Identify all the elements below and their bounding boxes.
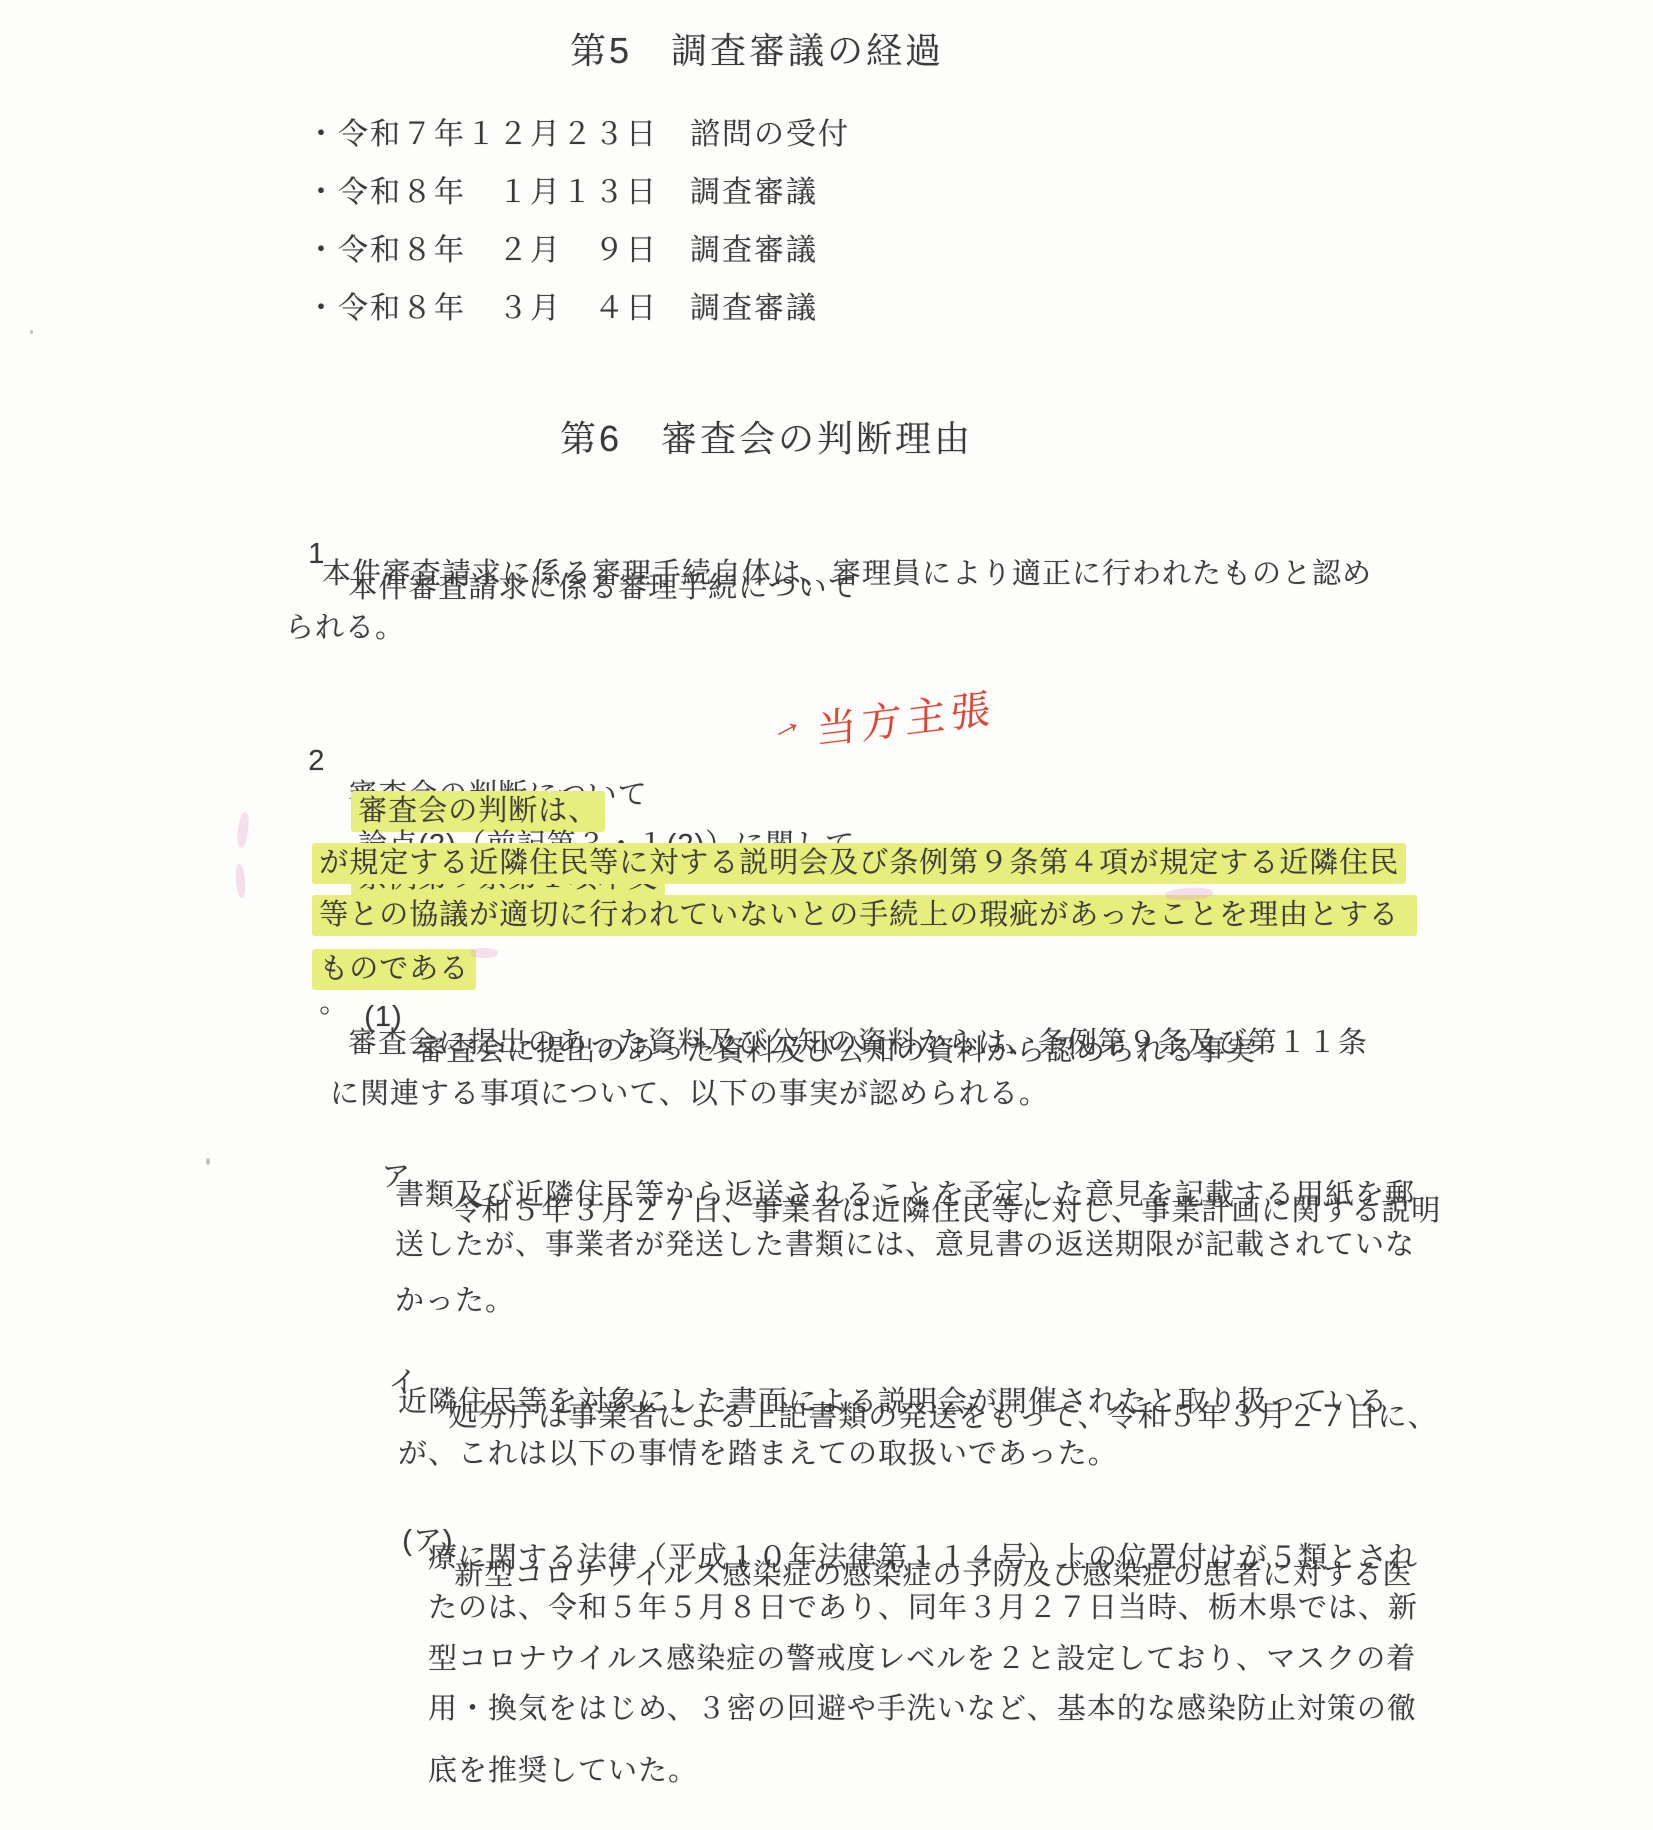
schedule-row: ・令和８年 ３月 ４日 調査審議 — [306, 292, 818, 327]
sub1-paragraph-line: に関連する事項について、以下の事実が認められる。 — [330, 1078, 1049, 1111]
scan-speck — [30, 330, 33, 334]
highlighted-text: 等との協議が適切に行われていないとの手続上の瑕疵があったことを理由とする — [312, 895, 1417, 936]
schedule-row: ・令和８年 ２月 ９日 調査審議 — [306, 234, 818, 269]
highlighter-smudge — [236, 812, 250, 849]
highlighter-smudge — [235, 864, 247, 899]
scanned-document-page: 第5 調査審議の経過 ・令和７年１２月２３日 諮問の受付 ・令和８年 １月１３日… — [0, 0, 1653, 1830]
item-a-line: 送したが、事業者が発送した書類には、意見書の返送期限が記載されていな — [395, 1229, 1415, 1262]
section5-title: 第5 調査審議の経過 — [570, 30, 944, 71]
item-kana-a-line: 療に関する法律（平成１０年法律第１１４号）上の位置付けが５類とされ — [428, 1542, 1418, 1575]
item-a-line: 書類及び近隣住民等から返送されることを予定した意見を記載する用紙を郵 — [395, 1179, 1415, 1212]
highlighter-smudge — [470, 948, 498, 958]
item-i-line: 近隣住民等を対象にした書面による説明会が開催されたと取り扱っている — [398, 1386, 1388, 1419]
item-kana-a-line: 用・換気をはじめ、３密の回避や手洗いなど、基本的な感染防止対策の徹 — [428, 1693, 1417, 1726]
item-kana-a-line: 底を推奨していた。 — [428, 1755, 698, 1788]
scan-speck — [206, 1158, 210, 1165]
schedule-row: ・令和８年 １月１３日 調査審議 — [306, 176, 818, 211]
handwritten-arrow-icon: → — [761, 700, 809, 750]
item-a-line: かった。 — [395, 1285, 515, 1318]
section6-title: 第6 審査会の判断理由 — [560, 418, 973, 459]
item-i-line: が、これは以下の事情を踏まえての取扱いであった。 — [398, 1438, 1118, 1471]
scan-speck — [860, 1094, 863, 1097]
sub1-paragraph-line: 審査会に提出のあった資料及び公知の資料からは、条例第９条及び第１１条 — [348, 1027, 1368, 1060]
item1-paragraph-line: られる。 — [285, 612, 405, 645]
handwritten-annotation: 当方主張 — [816, 677, 996, 756]
item-kana-a-line: たのは、令和５年５月８日であり、同年３月２７日当時、栃木県では、新 — [428, 1592, 1418, 1625]
item-kana-a-line: 型コロナウイルス感染症の警戒度レベルを２と設定しており、マスクの着 — [428, 1643, 1416, 1676]
item1-paragraph-line: 本件審査請求に係る審理手続自体は、審理員により適正に行われたものと認め — [322, 558, 1372, 591]
schedule-row: ・令和７年１２月２３日 諮問の受付 — [306, 118, 850, 153]
